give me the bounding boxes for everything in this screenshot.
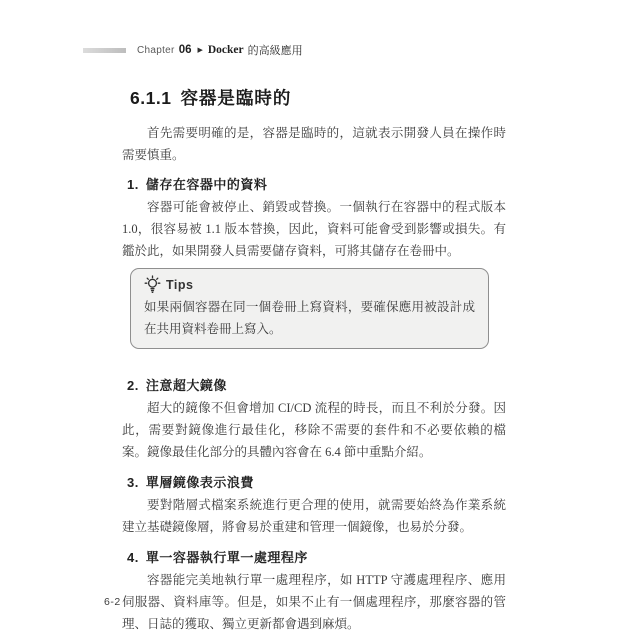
tips-callout-box: Tips 如果兩個容器在同一個卷冊上寫資料，要確保應用被設計成在共用資料卷冊上寫…: [130, 268, 489, 349]
subheading-4-number: 4.: [127, 550, 139, 565]
section-title-text: 容器是臨時的: [180, 88, 291, 108]
tips-label: Tips: [166, 274, 193, 296]
subheading-4: 4.單一容器執行單一處理程序: [127, 547, 506, 568]
subheading-2-text: 注意超大鏡像: [146, 378, 227, 393]
chapter-number: 06: [179, 44, 192, 56]
header-decoration-bar: [83, 48, 126, 53]
intro-paragraph: 首先需要明確的是，容器是臨時的，這就表示開發人員在操作時需要慎重。: [122, 122, 506, 166]
book-page: Chapter 06 ▶ Docker 的高級應用 6.1.1容器是臨時的 首先…: [0, 0, 640, 640]
page-content: 6.1.1容器是臨時的 首先需要明確的是，容器是臨時的，這就表示開發人員在操作時…: [122, 86, 506, 635]
subheading-1-number: 1.: [127, 177, 139, 192]
subheading-1: 1.儲存在容器中的資料: [127, 174, 506, 195]
subheading-2: 2.注意超大鏡像: [127, 375, 506, 396]
subheading-3-text: 單層鏡像表示浪費: [146, 475, 254, 490]
tips-header: Tips: [144, 274, 475, 295]
section-4-paragraph: 容器能完美地執行單一處理程序，如 HTTP 守護處理程序、應用伺服器、資料庫等。…: [122, 569, 506, 635]
tips-text: 如果兩個容器在同一個卷冊上寫資料，要確保應用被設計成在共用資料卷冊上寫入。: [144, 296, 475, 340]
running-header: Chapter 06 ▶ Docker 的高級應用: [83, 42, 303, 58]
section-1-paragraph: 容器可能會被停止、銷毀或替換。一個執行在容器中的程式版本 1.0，很容易被 1.…: [122, 196, 506, 262]
section-3-paragraph: 要對階層式檔案系統進行更合理的使用，就需要始終為作業系統建立基礎鏡像層，將會易於…: [122, 494, 506, 538]
subheading-3-number: 3.: [127, 475, 139, 490]
chapter-title: 的高級應用: [248, 42, 303, 58]
subheading-4-text: 單一容器執行單一處理程序: [146, 550, 308, 565]
lightbulb-icon: [144, 275, 161, 294]
subheading-2-number: 2.: [127, 378, 139, 393]
subheading-3: 3.單層鏡像表示浪費: [127, 472, 506, 493]
chapter-label: Chapter: [137, 45, 175, 56]
page-title: 6.1.1容器是臨時的: [130, 86, 506, 110]
page-number: 6-2: [104, 596, 121, 608]
book-title: Docker: [208, 44, 244, 56]
right-triangle-icon: ▶: [197, 47, 202, 54]
section-number: 6.1.1: [130, 88, 171, 108]
subheading-1-text: 儲存在容器中的資料: [146, 177, 268, 192]
section-2-paragraph: 超大的鏡像不但會增加 CI/CD 流程的時長，而且不利於分發。因此，需要對鏡像進…: [122, 397, 506, 463]
